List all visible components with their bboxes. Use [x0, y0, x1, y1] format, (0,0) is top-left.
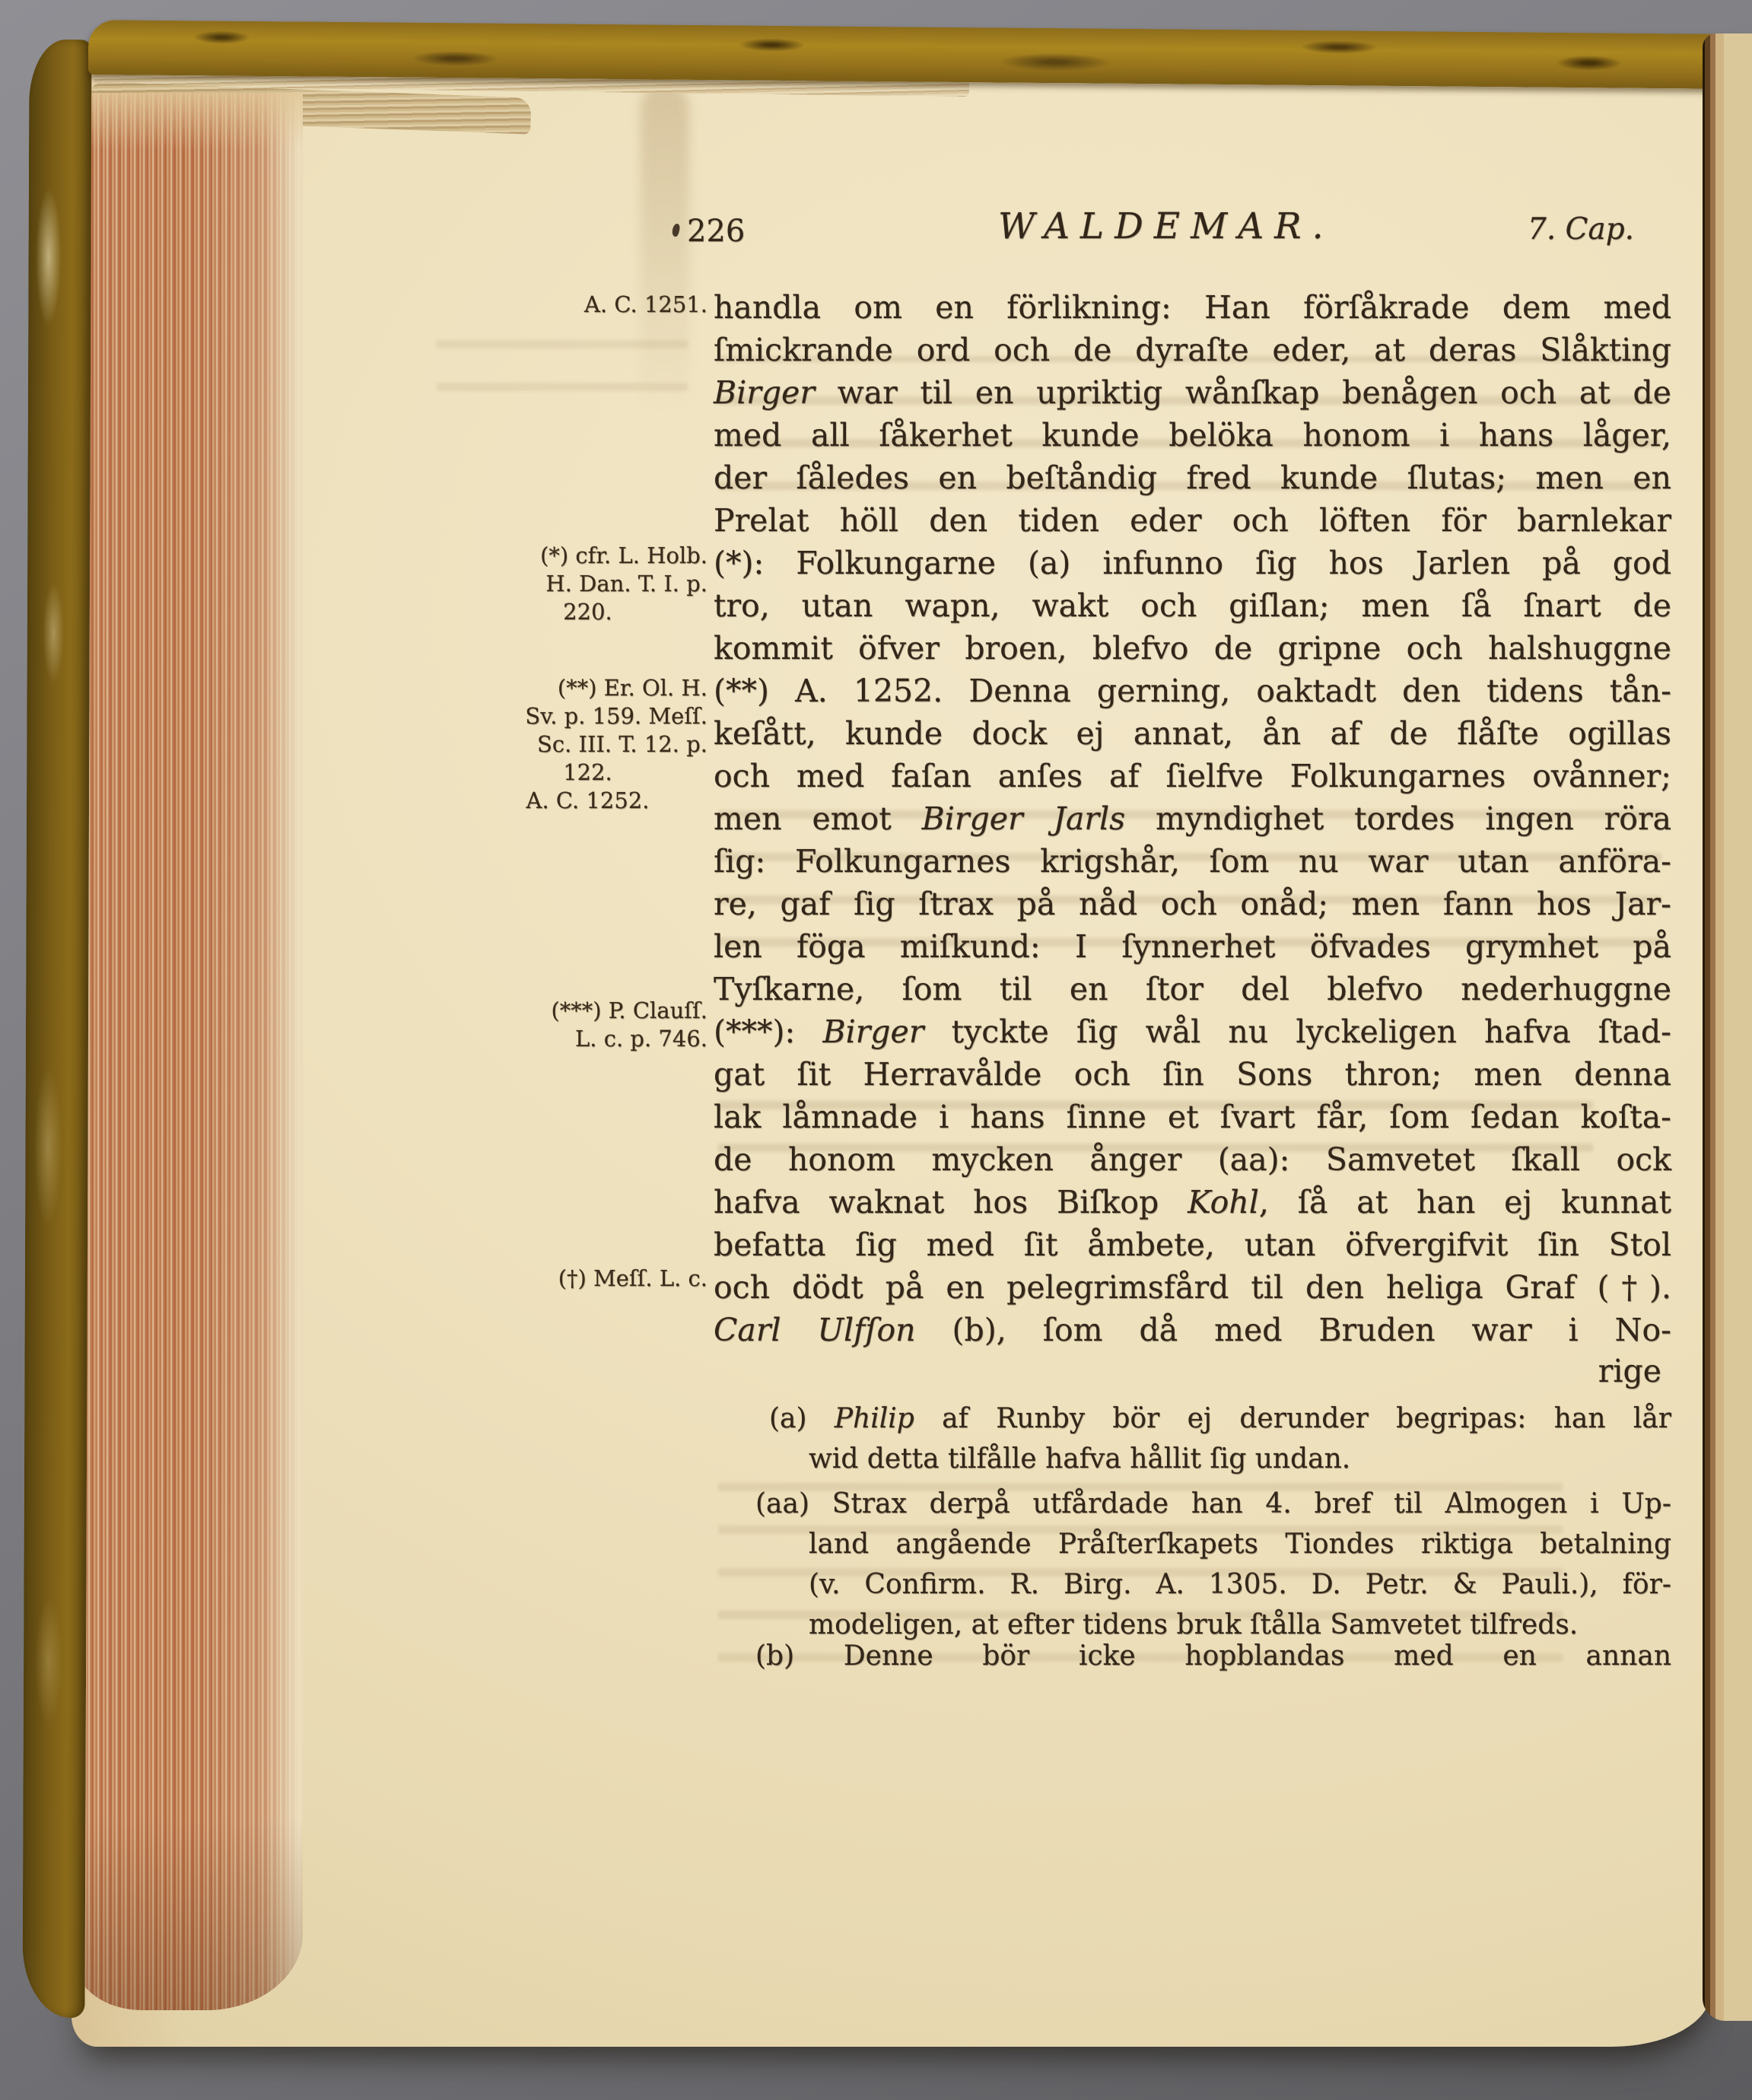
text-segment: re, gaf ſig ſtrax på nåd och onåd; men f…	[714, 886, 1671, 922]
text-segment: (*) cfr. L. Holb.	[540, 542, 707, 568]
text-segment: (b) Denne bör icke hopblandas med en ann…	[755, 1640, 1671, 1672]
text-segment: Tyſkarne, ſom til en ſtor del blefvo ned…	[714, 971, 1671, 1007]
italic-text: Kohl	[1188, 1184, 1259, 1220]
body-text-line: Birger war til en upriktig wånſkap benåg…	[714, 371, 1671, 414]
italic-text: Birger	[714, 374, 815, 411]
margin-note-line: (***) P. Clauſſ.	[468, 997, 707, 1025]
text-segment: Prelat höll den tiden eder och löften fö…	[714, 502, 1671, 539]
text-segment: (*): Folkungarne (a) infunno ſig hos Jar…	[714, 545, 1671, 581]
text-segment: land angående Pråſterſkapets Tiondes rik…	[809, 1529, 1671, 1560]
margin-note-line: (*) cfr. L. Holb.	[468, 542, 707, 570]
body-text-line: med all ſåkerhet kunde belöka honom i ha…	[714, 414, 1671, 457]
text-segment: myndighet tordes ingen röra	[1125, 800, 1671, 837]
margin-note-line: 122.	[468, 759, 707, 787]
footnote-line: wid detta tilfålle hafva hållit ſig unda…	[809, 1439, 1671, 1479]
margin-note-line: H. Dan. T. I. p.	[468, 570, 707, 598]
text-segment: och med faſan anſes af ſielfve Folkungar…	[714, 758, 1671, 794]
footnote-line: (b) Denne bör icke hopblandas med en ann…	[755, 1636, 1671, 1676]
text-segment: ſmickrande ord och de dyraſte eder, at d…	[714, 332, 1671, 368]
italic-text: Birger Jarls	[922, 800, 1125, 837]
body-text-line: hafva waknat hos Biſkop Kohl, ſå at han …	[714, 1181, 1671, 1223]
text-segment: der ſåledes en beſtåndig fred kunde ſlut…	[714, 460, 1671, 496]
body-text-line: handla om en förlikning: Han förſåkrade …	[714, 286, 1671, 329]
printed-text-layer: 226 WALDEMAR. 7. Cap. A. C. 1251. (*) cf…	[0, 0, 1752, 2100]
body-text-line: befatta ſig med ſit åmbete, utan öfvergi…	[714, 1223, 1671, 1266]
text-segment: , ſå at han ej kunnat	[1259, 1184, 1671, 1220]
margin-note-line: (**) Er. Ol. H.	[468, 674, 707, 702]
text-segment: befatta ſig med ſit åmbete, utan öfvergi…	[714, 1227, 1671, 1263]
main-text-column: handla om en förlikning: Han förſåkrade …	[714, 286, 1671, 1351]
margin-note-line: A. C. 1252.	[468, 787, 707, 815]
text-segment: ſig: Folkungarnes krigshår, ſom nu war u…	[714, 843, 1671, 880]
body-text-line: der ſåledes en beſtåndig fred kunde ſlut…	[714, 457, 1671, 499]
text-segment: (v. Confirm. R. Birg. A. 1305. D. Petr. …	[809, 1569, 1671, 1600]
text-segment: (aa) Strax derpå utfårdade han 4. bref t…	[755, 1488, 1671, 1519]
body-text-line: och med faſan anſes af ſielfve Folkungar…	[714, 755, 1671, 797]
text-segment: (***):	[714, 1013, 822, 1050]
text-segment: keſått, kunde dock ej annat, ån af de fl…	[714, 715, 1671, 752]
text-segment: Sc. III. T. 12. p.	[537, 731, 707, 757]
text-segment: tro, utan wapn, wakt och giſlan; men ſå …	[714, 587, 1671, 624]
body-text-line: men emot Birger Jarls myndighet tordes i…	[714, 797, 1671, 840]
text-segment: (***) P. Clauſſ.	[551, 998, 707, 1023]
margin-note-line: 220.	[468, 598, 707, 626]
text-segment: gat ſit Herravålde och ſin Sons thron; m…	[714, 1056, 1671, 1093]
body-text-line: (**) A. 1252. Denna gerning, oaktadt den…	[714, 670, 1671, 712]
body-text-line: Prelat höll den tiden eder och löften fö…	[714, 499, 1671, 542]
text-segment: (**) Er. Ol. H.	[558, 675, 707, 701]
italic-text: Carl Ulfſon	[714, 1312, 916, 1348]
margin-note-line: A. C. 1251.	[468, 291, 707, 319]
text-segment: (b), ſom då med Bruden war i No-	[916, 1312, 1671, 1348]
margin-note-line: Sc. III. T. 12. p.	[468, 730, 707, 759]
text-segment: tyckte ſig wål nu lyckeligen hafva ſtad-	[924, 1013, 1671, 1050]
book-photograph: 226 WALDEMAR. 7. Cap. A. C. 1251. (*) cf…	[0, 0, 1752, 2100]
margin-note-line: (†) Meſſ. L. c.	[468, 1265, 707, 1293]
text-segment: af Runby bör ej derunder begripas: han l…	[914, 1403, 1671, 1434]
margin-note-line: Sv. p. 159. Meſſ.	[468, 702, 707, 730]
body-text-line: Tyſkarne, ſom til en ſtor del blefvo ned…	[714, 968, 1671, 1010]
footnote-a: (a) Philip af Runby bör ej derunder begr…	[749, 1398, 1671, 1479]
text-segment: A. C. 1252.	[526, 787, 650, 813]
footnote-aa: (aa) Strax derpå utfårdade han 4. bref t…	[749, 1484, 1671, 1645]
footnote-b: (b) Denne bör icke hopblandas med en ann…	[749, 1636, 1671, 1676]
chapter-label: 7. Cap.	[1528, 212, 1634, 247]
running-title: WALDEMAR.	[998, 205, 1334, 247]
footnote-line: (v. Confirm. R. Birg. A. 1305. D. Petr. …	[809, 1564, 1671, 1605]
text-segment: (**) A. 1252. Denna gerning, oaktadt den…	[714, 673, 1671, 709]
body-text-line: ſig: Folkungarnes krigshår, ſom nu war u…	[714, 840, 1671, 883]
body-text-line: re, gaf ſig ſtrax på nåd och onåd; men f…	[714, 883, 1671, 925]
page-number: 226	[687, 214, 745, 249]
text-segment: (†) Meſſ. L. c.	[558, 1265, 707, 1291]
body-text-line: keſått, kunde dock ej annat, ån af de fl…	[714, 712, 1671, 755]
text-segment: L. c. p. 746.	[575, 1026, 707, 1052]
text-segment: 220.	[563, 599, 612, 625]
text-segment: A. C. 1251.	[584, 291, 707, 317]
margin-note-year-1251: A. C. 1251.	[468, 291, 707, 319]
text-segment: (a)	[769, 1403, 835, 1434]
text-segment: med all ſåkerhet kunde belöka honom i ha…	[714, 417, 1671, 453]
text-segment: men emot	[714, 800, 922, 837]
body-text-line: Carl Ulfſon (b), ſom då med Bruden war i…	[714, 1309, 1671, 1351]
body-text-line: len föga miſkund: I ſynnerhet öfvades gr…	[714, 925, 1671, 968]
text-segment: wid detta tilfålle hafva hållit ſig unda…	[809, 1443, 1350, 1475]
ink-blemish	[671, 223, 681, 237]
margin-note-citation-star: (*) cfr. L. Holb.H. Dan. T. I. p.220.	[468, 542, 707, 626]
text-segment: handla om en förlikning: Han förſåkrade …	[714, 289, 1671, 326]
body-text-line: tro, utan wapn, wakt och giſlan; men ſå …	[714, 584, 1671, 627]
body-text-line: gat ſit Herravålde och ſin Sons thron; m…	[714, 1053, 1671, 1096]
text-segment: de honom mycken ånger (aa): Samvetet ſka…	[714, 1141, 1671, 1178]
text-segment: len föga miſkund: I ſynnerhet öfvades gr…	[714, 928, 1671, 965]
margin-note-citation-double-star: (**) Er. Ol. H.Sv. p. 159. Meſſ.Sc. III.…	[468, 674, 707, 815]
body-text-line: kommit öfver broen, blefvo de gripne och…	[714, 627, 1671, 670]
footnote-line: (aa) Strax derpå utfårdade han 4. bref t…	[755, 1484, 1671, 1524]
text-segment: lak låmnade i hans ſinne et ſvart får, ſ…	[714, 1099, 1671, 1135]
text-segment: 122.	[563, 759, 612, 785]
text-segment: hafva waknat hos Biſkop	[714, 1184, 1188, 1220]
text-segment: Sv. p. 159. Meſſ.	[525, 703, 707, 729]
body-text-line: och dödt på en pelegrimsfård til den hel…	[714, 1266, 1671, 1309]
margin-note-citation-dagger: (†) Meſſ. L. c.	[468, 1265, 707, 1293]
text-segment: och dödt på en pelegrimsfård til den hel…	[714, 1269, 1671, 1306]
italic-text: Philip	[835, 1403, 914, 1434]
footnote-line: land angående Pråſterſkapets Tiondes rik…	[809, 1524, 1671, 1564]
italic-text: Birger	[822, 1013, 924, 1050]
body-text-line: (***): Birger tyckte ſig wål nu lyckelig…	[714, 1010, 1671, 1053]
body-text-line: ſmickrande ord och de dyraſte eder, at d…	[714, 329, 1671, 371]
margin-note-citation-triple-star: (***) P. Clauſſ.L. c. p. 746.	[468, 997, 707, 1053]
body-text-line: de honom mycken ånger (aa): Samvetet ſka…	[714, 1138, 1671, 1181]
body-text-line: lak låmnade i hans ſinne et ſvart får, ſ…	[714, 1096, 1671, 1138]
text-segment: H. Dan. T. I. p.	[545, 571, 707, 597]
text-segment: kommit öfver broen, blefvo de gripne och…	[714, 630, 1671, 667]
body-text-line: (*): Folkungarne (a) infunno ſig hos Jar…	[714, 542, 1671, 584]
footnote-line: (a) Philip af Runby bör ej derunder begr…	[769, 1398, 1671, 1439]
margin-note-line: L. c. p. 746.	[468, 1025, 707, 1053]
catchword: rige	[714, 1353, 1661, 1389]
text-segment: war til en upriktig wånſkap benågen och …	[815, 374, 1671, 411]
